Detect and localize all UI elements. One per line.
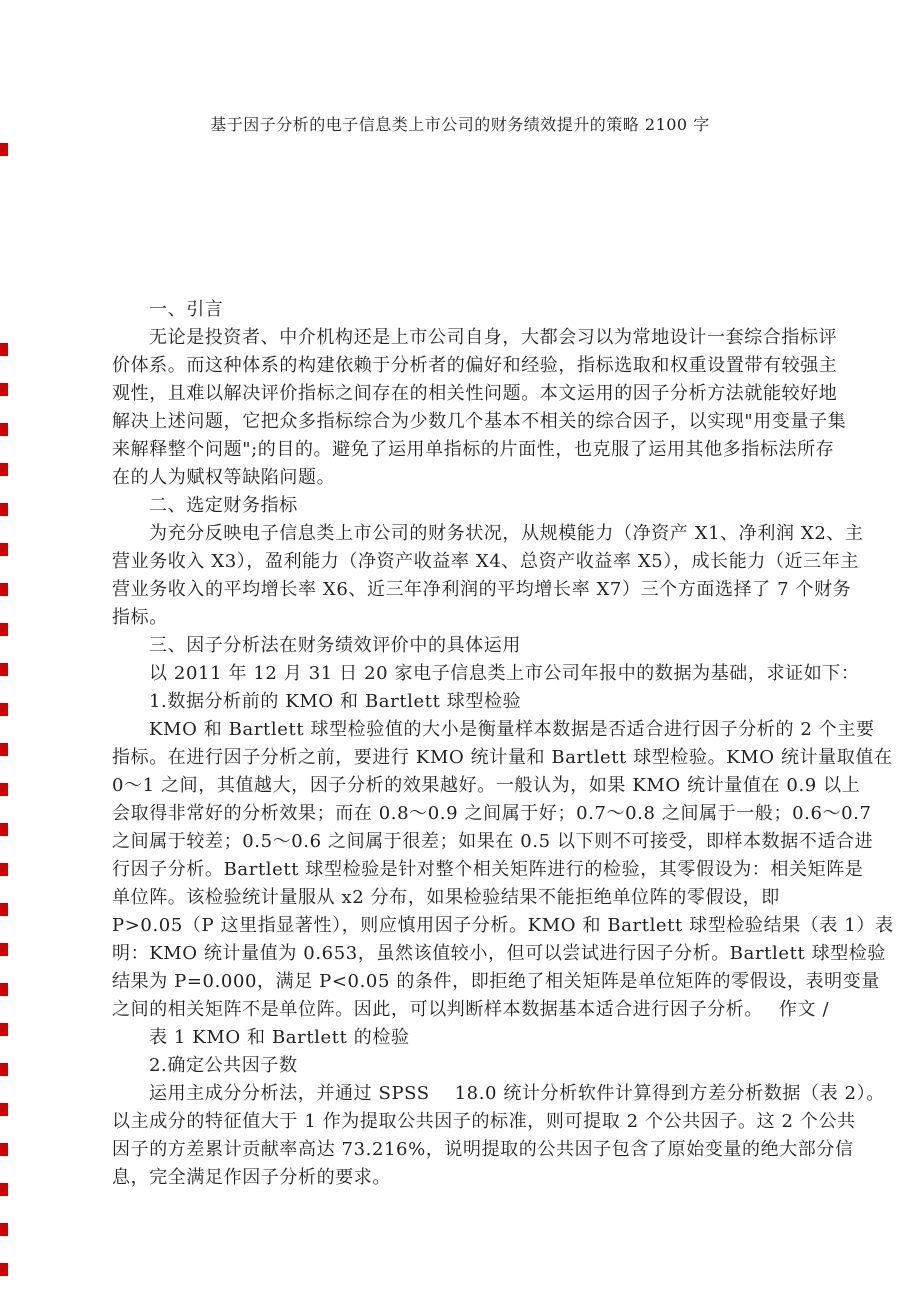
text-line: 之间属于较差；0.5～0.6 之间属于很差；如果在 0.5 以下则不可接受，即样…: [112, 828, 828, 856]
text-line: 指标。: [112, 604, 828, 632]
document-title: 基于因子分析的电子信息类上市公司的财务绩效提升的策略 2100 字: [0, 113, 920, 137]
revision-mark-icon: [0, 463, 8, 476]
revision-mark-icon: [0, 423, 8, 436]
text-line: 无论是投资者、中介机构还是上市公司自身，大都会习以为常地设计一套综合指标评: [112, 324, 828, 352]
text-line: 三、因子分析法在财务绩效评价中的具体运用: [112, 632, 828, 660]
text-line: 单位阵。该检验统计量服从 x2 分布，如果检验结果不能拒绝单位阵的零假设，即: [112, 884, 828, 912]
text-line: 来解释整个问题";的目的。避免了运用单指标的片面性，也克服了运用其他多指标法所存: [112, 436, 828, 464]
text-line: 在的人为赋权等缺陷问题。: [112, 464, 828, 492]
revision-mark-icon: [0, 663, 8, 676]
revision-mark-icon: [0, 1223, 8, 1236]
text-line: 指标。在进行因子分析之前，要进行 KMO 统计量和 Bartlett 球型检验。…: [112, 744, 828, 772]
text-line: 二、选定财务指标: [112, 492, 828, 520]
revision-mark-icon: [0, 143, 8, 156]
revision-mark-icon: [0, 343, 8, 356]
revision-mark-icon: [0, 903, 8, 916]
text-line: 为充分反映电子信息类上市公司的财务状况，从规模能力（净资产 X1、净利润 X2、…: [112, 520, 828, 548]
revision-mark-icon: [0, 943, 8, 956]
document-page: 基于因子分析的电子信息类上市公司的财务绩效提升的策略 2100 字 一、引言无论…: [0, 0, 920, 1302]
revision-mark-icon: [0, 1183, 8, 1196]
revision-mark-icon: [0, 503, 8, 516]
text-line: 因子的方差累计贡献率高达 73.216%，说明提取的公共因子包含了原始变量的绝大…: [112, 1136, 828, 1164]
text-line: 会取得非常好的分析效果；而在 0.8～0.9 之间属于好；0.7～0.8 之间属…: [112, 800, 828, 828]
text-line: 0～1 之间，其值越大，因子分析的效果越好。一般认为，如果 KMO 统计量值在 …: [112, 772, 828, 800]
revision-mark-icon: [0, 1143, 8, 1156]
text-line: 2.确定公共因子数: [112, 1052, 828, 1080]
revision-mark-icon: [0, 543, 8, 556]
text-line: KMO 和 Bartlett 球型检验值的大小是衡量样本数据是否适合进行因子分析…: [112, 716, 828, 744]
revision-mark-icon: [0, 703, 8, 716]
text-line: 明：KMO 统计量值为 0.653，虽然该值较小，但可以尝试进行因子分析。Bar…: [112, 940, 828, 968]
text-line: 以 2011 年 12 月 31 日 20 家电子信息类上市公司年报中的数据为基…: [112, 660, 828, 688]
revision-mark-icon: [0, 383, 8, 396]
text-line: P>0.05（P 这里指显著性），则应慎用因子分析。KMO 和 Bartlett…: [112, 912, 828, 940]
revision-mark-icon: [0, 863, 8, 876]
text-line: 以主成分的特征值大于 1 作为提取公共因子的标准，则可提取 2 个公共因子。这 …: [112, 1108, 828, 1136]
text-line: 结果为 P=0.000，满足 P<0.05 的条件，即拒绝了相关矩阵是单位矩阵的…: [112, 968, 828, 996]
text-line: 解决上述问题，它把众多指标综合为少数几个基本不相关的综合因子，以实现"用变量子集: [112, 408, 828, 436]
revision-mark-icon: [0, 983, 8, 996]
revision-marks: [0, 0, 12, 1302]
text-line: 一、引言: [112, 296, 828, 324]
text-line: 运用主成分分析法，并通过 SPSS 18.0 统计分析软件计算得到方差分析数据（…: [112, 1080, 828, 1108]
text-line: 观性，且难以解决评价指标之间存在的相关性问题。本文运用的因子分析方法就能较好地: [112, 380, 828, 408]
revision-mark-icon: [0, 1063, 8, 1076]
revision-mark-icon: [0, 743, 8, 756]
text-line: 价体系。而这种体系的构建依赖于分析者的偏好和经验，指标选取和权重设置带有较强主: [112, 352, 828, 380]
text-line: 表 1 KMO 和 Bartlett 的检验: [112, 1024, 828, 1052]
revision-mark-icon: [0, 1263, 8, 1276]
revision-mark-icon: [0, 823, 8, 836]
revision-mark-icon: [0, 1023, 8, 1036]
text-line: 1.数据分析前的 KMO 和 Bartlett 球型检验: [112, 688, 828, 716]
document-body: 一、引言无论是投资者、中介机构还是上市公司自身，大都会习以为常地设计一套综合指标…: [112, 296, 828, 1192]
revision-mark-icon: [0, 583, 8, 596]
text-line: 营业务收入的平均增长率 X6、近三年净利润的平均增长率 X7）三个方面选择了 7…: [112, 576, 828, 604]
revision-mark-icon: [0, 1103, 8, 1116]
text-line: 息，完全满足作因子分析的要求。: [112, 1164, 828, 1192]
text-line: 行因子分析。Bartlett 球型检验是针对整个相关矩阵进行的检验，其零假设为：…: [112, 856, 828, 884]
revision-mark-icon: [0, 783, 8, 796]
revision-mark-icon: [0, 623, 8, 636]
text-line: 营业务收入 X3），盈利能力（净资产收益率 X4、总资产收益率 X5），成长能力…: [112, 548, 828, 576]
text-line: 之间的相关矩阵不是单位阵。因此，可以判断样本数据基本适合进行因子分析。 作文 /: [112, 996, 828, 1024]
